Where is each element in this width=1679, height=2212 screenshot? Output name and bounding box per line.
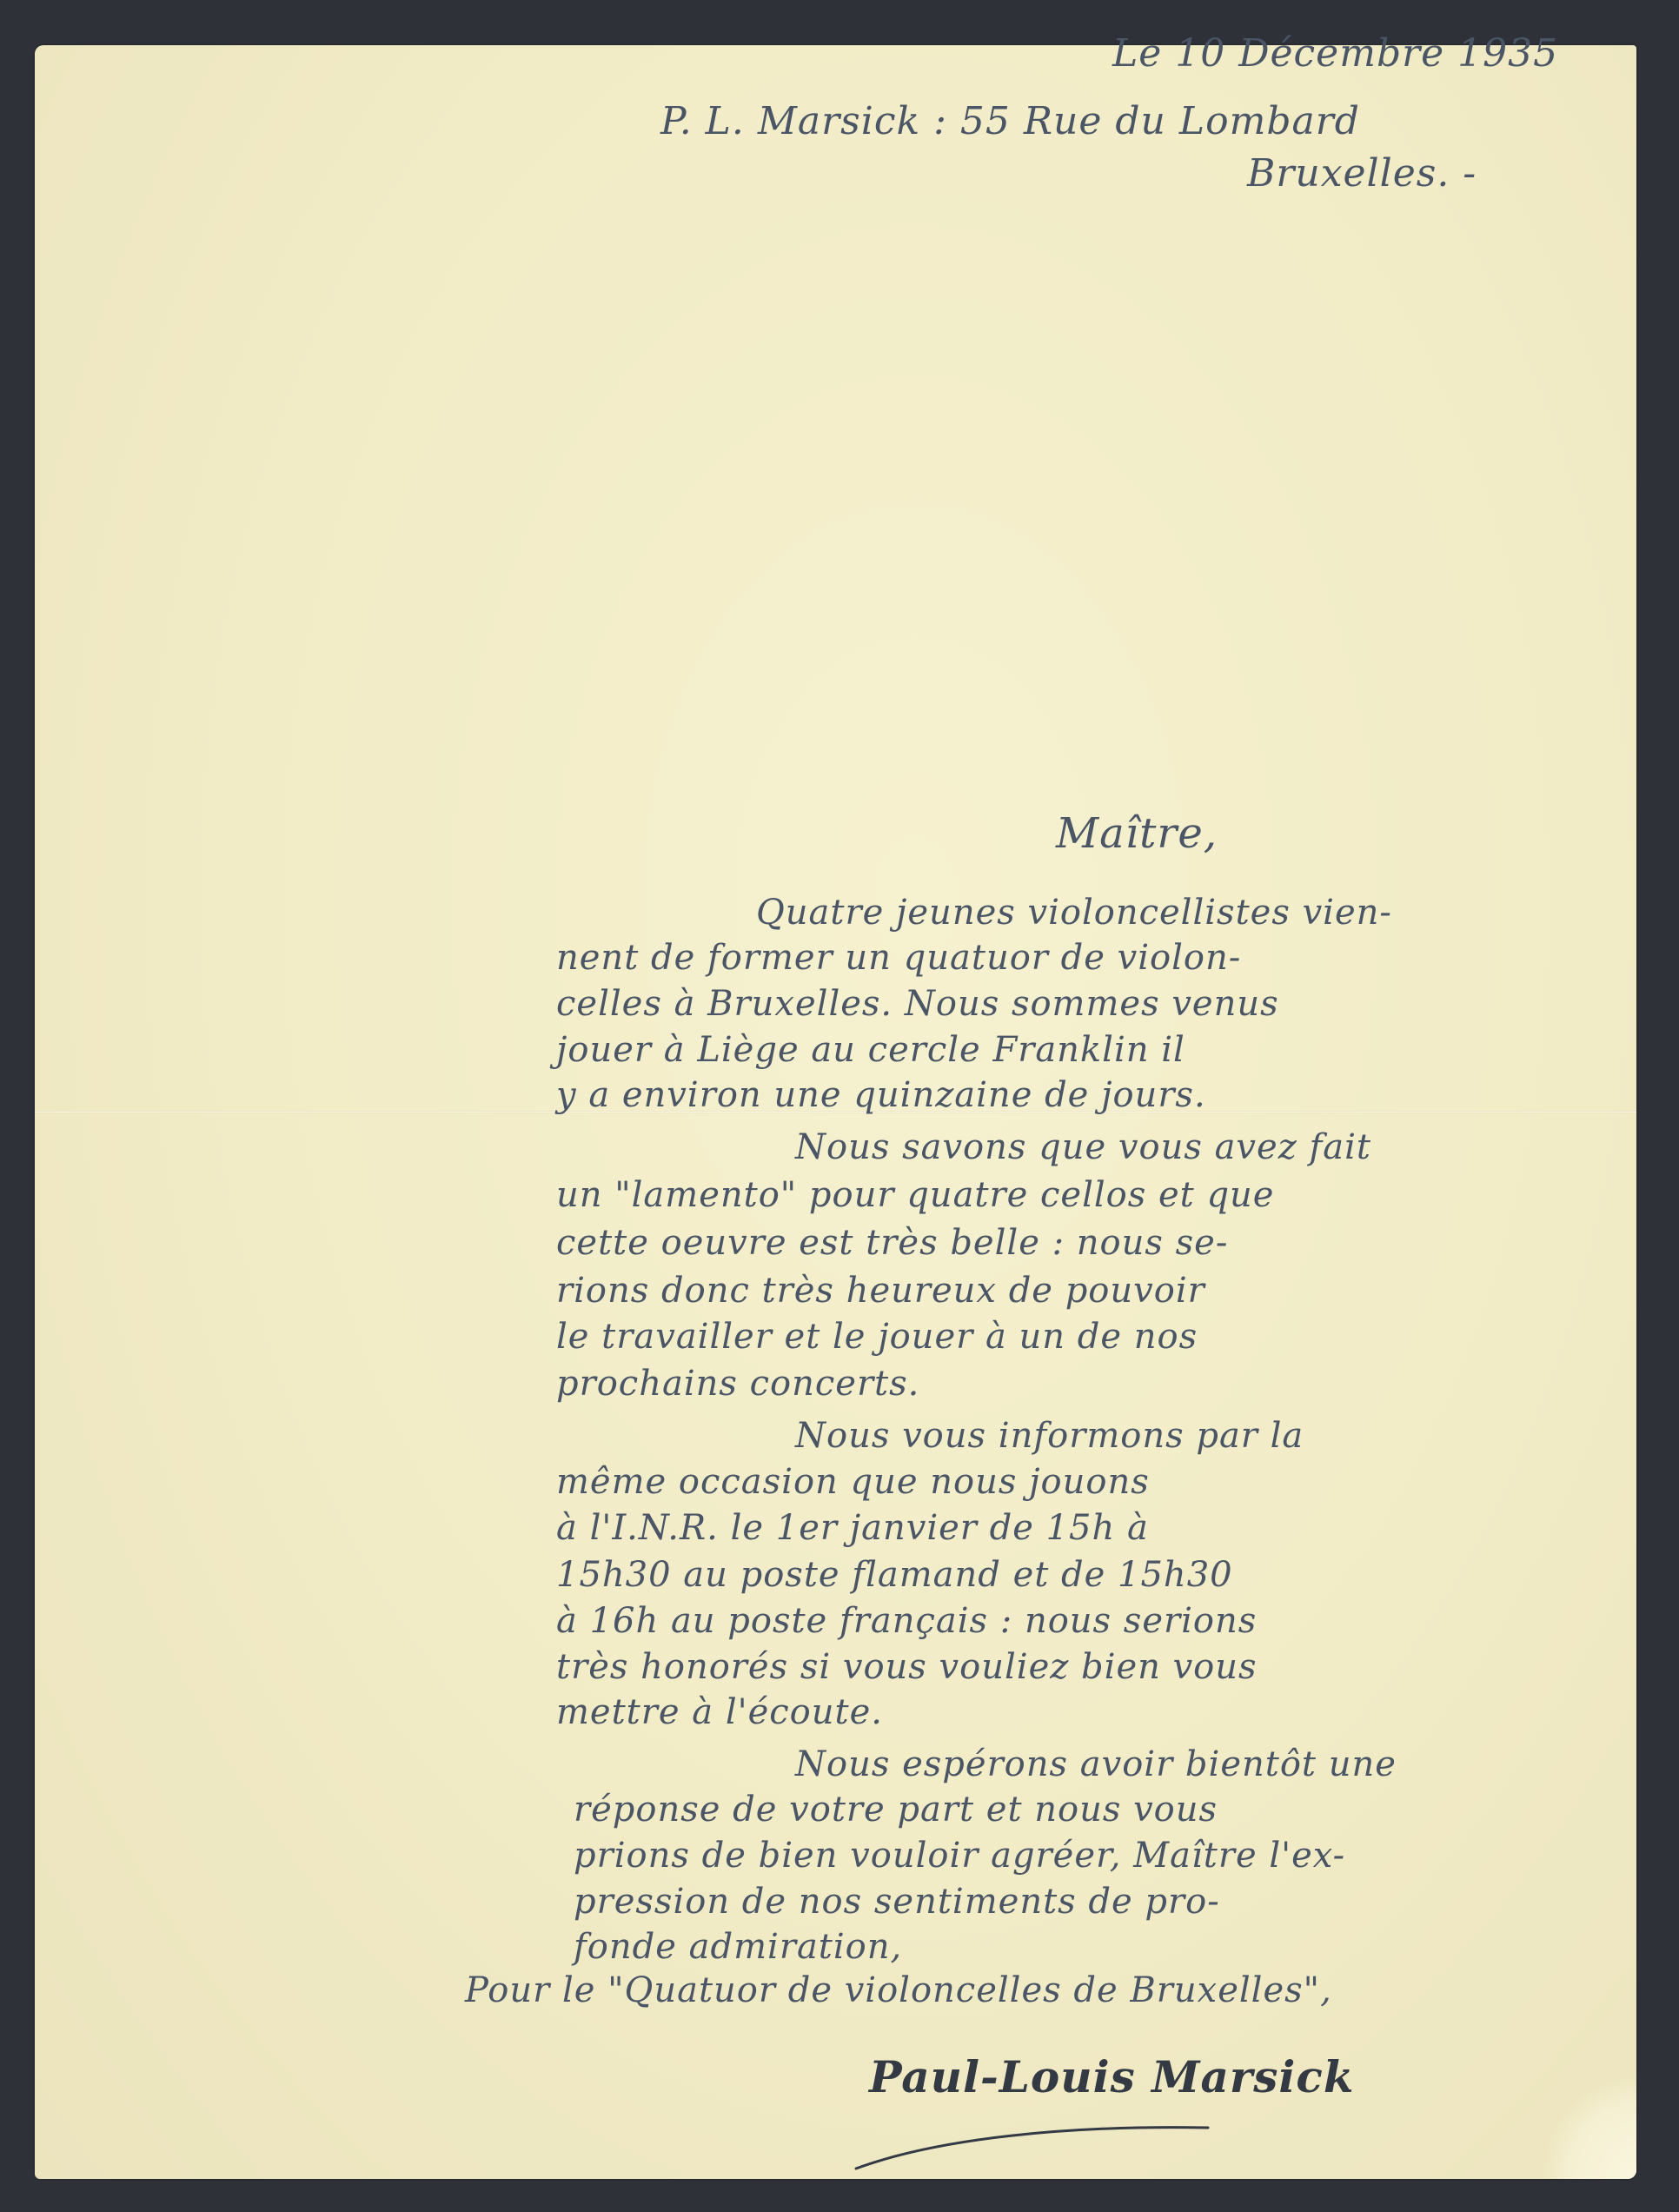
body-line: cette oeuvre est très belle : nous se- [556,1226,1228,1260]
paper-corner-curl [1541,2075,1636,2179]
signature: Paul-Louis Marsick [869,2056,1354,2099]
body-line: à 16h au poste français : nous serions [556,1604,1257,1638]
body-line: pression de nos sentiments de pro- [574,1884,1220,1919]
body-line: fonde admiration, [574,1930,902,1964]
body-line: le travailler et le jouer à un de nos [556,1319,1198,1354]
body-line: Nous vous informons par la [795,1418,1304,1453]
body-line: 15h30 au poste flamand et de 15h30 [556,1558,1233,1592]
sender-address: P. L. Marsick : 55 Rue du Lombard [660,103,1360,141]
body-line: celles à Bruxelles. Nous sommes venus [556,986,1279,1021]
body-line: Quatre jeunes violoncellistes vien- [756,895,1392,930]
body-line: rions donc très heureux de pouvoir [556,1273,1205,1308]
signature-flourish-icon [852,2121,1217,2173]
body-line: jouer à Liège au cercle Franklin il [556,1033,1185,1067]
body-line: Nous espérons avoir bientôt une [795,1747,1397,1782]
body-line: très honorés si vous vouliez bien vous [556,1650,1258,1684]
body-line: Nous savons que vous avez fait [795,1130,1371,1165]
body-line: prions de bien vouloir agréer, Maître l'… [574,1838,1345,1873]
sender-city: Bruxelles. - [1247,155,1477,193]
body-line: réponse de votre part et nous vous [574,1792,1218,1827]
body-line: même occasion que nous jouons [556,1465,1150,1499]
letter-date: Le 10 Décembre 1935 [1112,35,1558,73]
body-line: mettre à l'écoute. [556,1695,883,1730]
body-line: nent de former un quatuor de violon- [556,940,1241,975]
body-line: y a environ une quinzaine de jours. [556,1078,1206,1113]
body-line: à l'I.N.R. le 1er janvier de 15h à [556,1511,1149,1545]
letter-closing: Pour le "Quatuor de violoncelles de Brux… [465,1973,1332,2008]
body-line: prochains concerts. [556,1366,919,1401]
salutation: Maître, [1056,813,1218,854]
body-line: un "lamento" pour quatre cellos et que [556,1178,1274,1212]
